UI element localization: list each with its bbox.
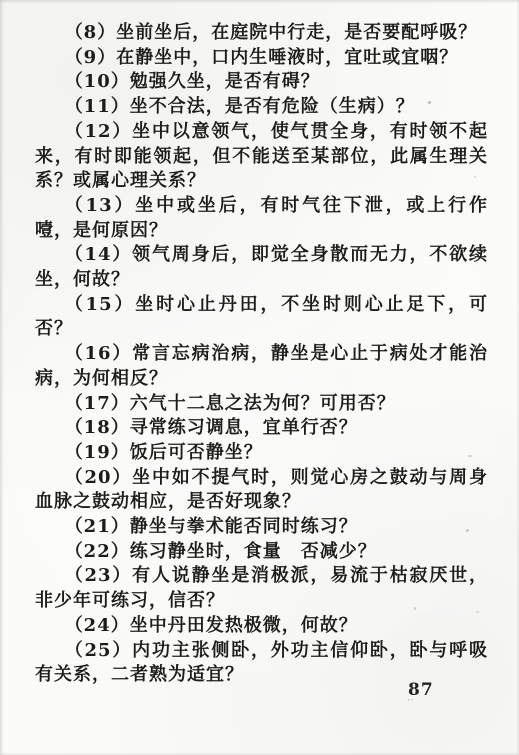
scan-speck [476, 611, 479, 613]
question-paragraph: （12）坐中以意领气，使气贯全身，有时领不起来，有时即能领起，但不能送至某部位，… [35, 120, 488, 194]
question-paragraph: （15）坐时心止丹田，不坐时则心止足下，可否？ [35, 293, 488, 342]
scanned-book-page: （8）坐前坐后，在庭院中行走，是否要配呼吸？（9）在静坐中，口内生唾液时，宜吐或… [0, 0, 519, 755]
question-paragraph: （20）坐中如不提气时，则觉心房之鼓动与周身血脉之鼓动相应，是否好现象？ [35, 466, 488, 515]
scan-speck [468, 455, 472, 457]
question-paragraph: （9）在静坐中，口内生唾液时，宜吐或宜咽？ [35, 46, 488, 71]
question-paragraph: （17）六气十二息之法为何？可用否？ [35, 392, 488, 417]
question-paragraph: （13）坐中或坐后，有时气往下泄，或上行作噎，是何原因？ [35, 194, 488, 243]
question-paragraph: （23）有人说静坐是消极派，易流于枯寂厌世，非少年可练习，信否？ [35, 564, 488, 613]
question-paragraph: （21）静坐与拳术能否同时练习？ [35, 515, 488, 540]
question-paragraph: （22）练习静坐时，食量 否减少？ [35, 540, 488, 565]
scan-speck [428, 101, 431, 104]
question-list: （8）坐前坐后，在庭院中行走，是否要配呼吸？（9）在静坐中，口内生唾液时，宜吐或… [35, 21, 488, 688]
question-paragraph: （18）寻常练习调息，宜单行否？ [35, 416, 488, 441]
scan-speck [474, 176, 476, 178]
scan-speck [414, 607, 416, 610]
page-number-bleedthrough: ·· [407, 695, 414, 707]
question-paragraph: （19）饭后可否静坐？ [35, 441, 488, 466]
question-paragraph: （8）坐前坐后，在庭院中行走，是否要配呼吸？ [35, 21, 488, 46]
question-paragraph: （10）勉强久坐，是否有碍？ [35, 70, 488, 95]
question-paragraph: （14）领气周身后，即觉全身散而无力，不欲续坐，何故？ [35, 243, 488, 292]
question-paragraph: （11）坐不合法，是否有危险（生病）？ [35, 95, 488, 120]
scan-speck [466, 529, 469, 532]
question-paragraph: （16）常言忘病治病，静坐是心止于病处才能治病，为何相反？ [35, 342, 488, 391]
question-paragraph: （24）坐中丹田发热极微，何故？ [35, 614, 488, 639]
